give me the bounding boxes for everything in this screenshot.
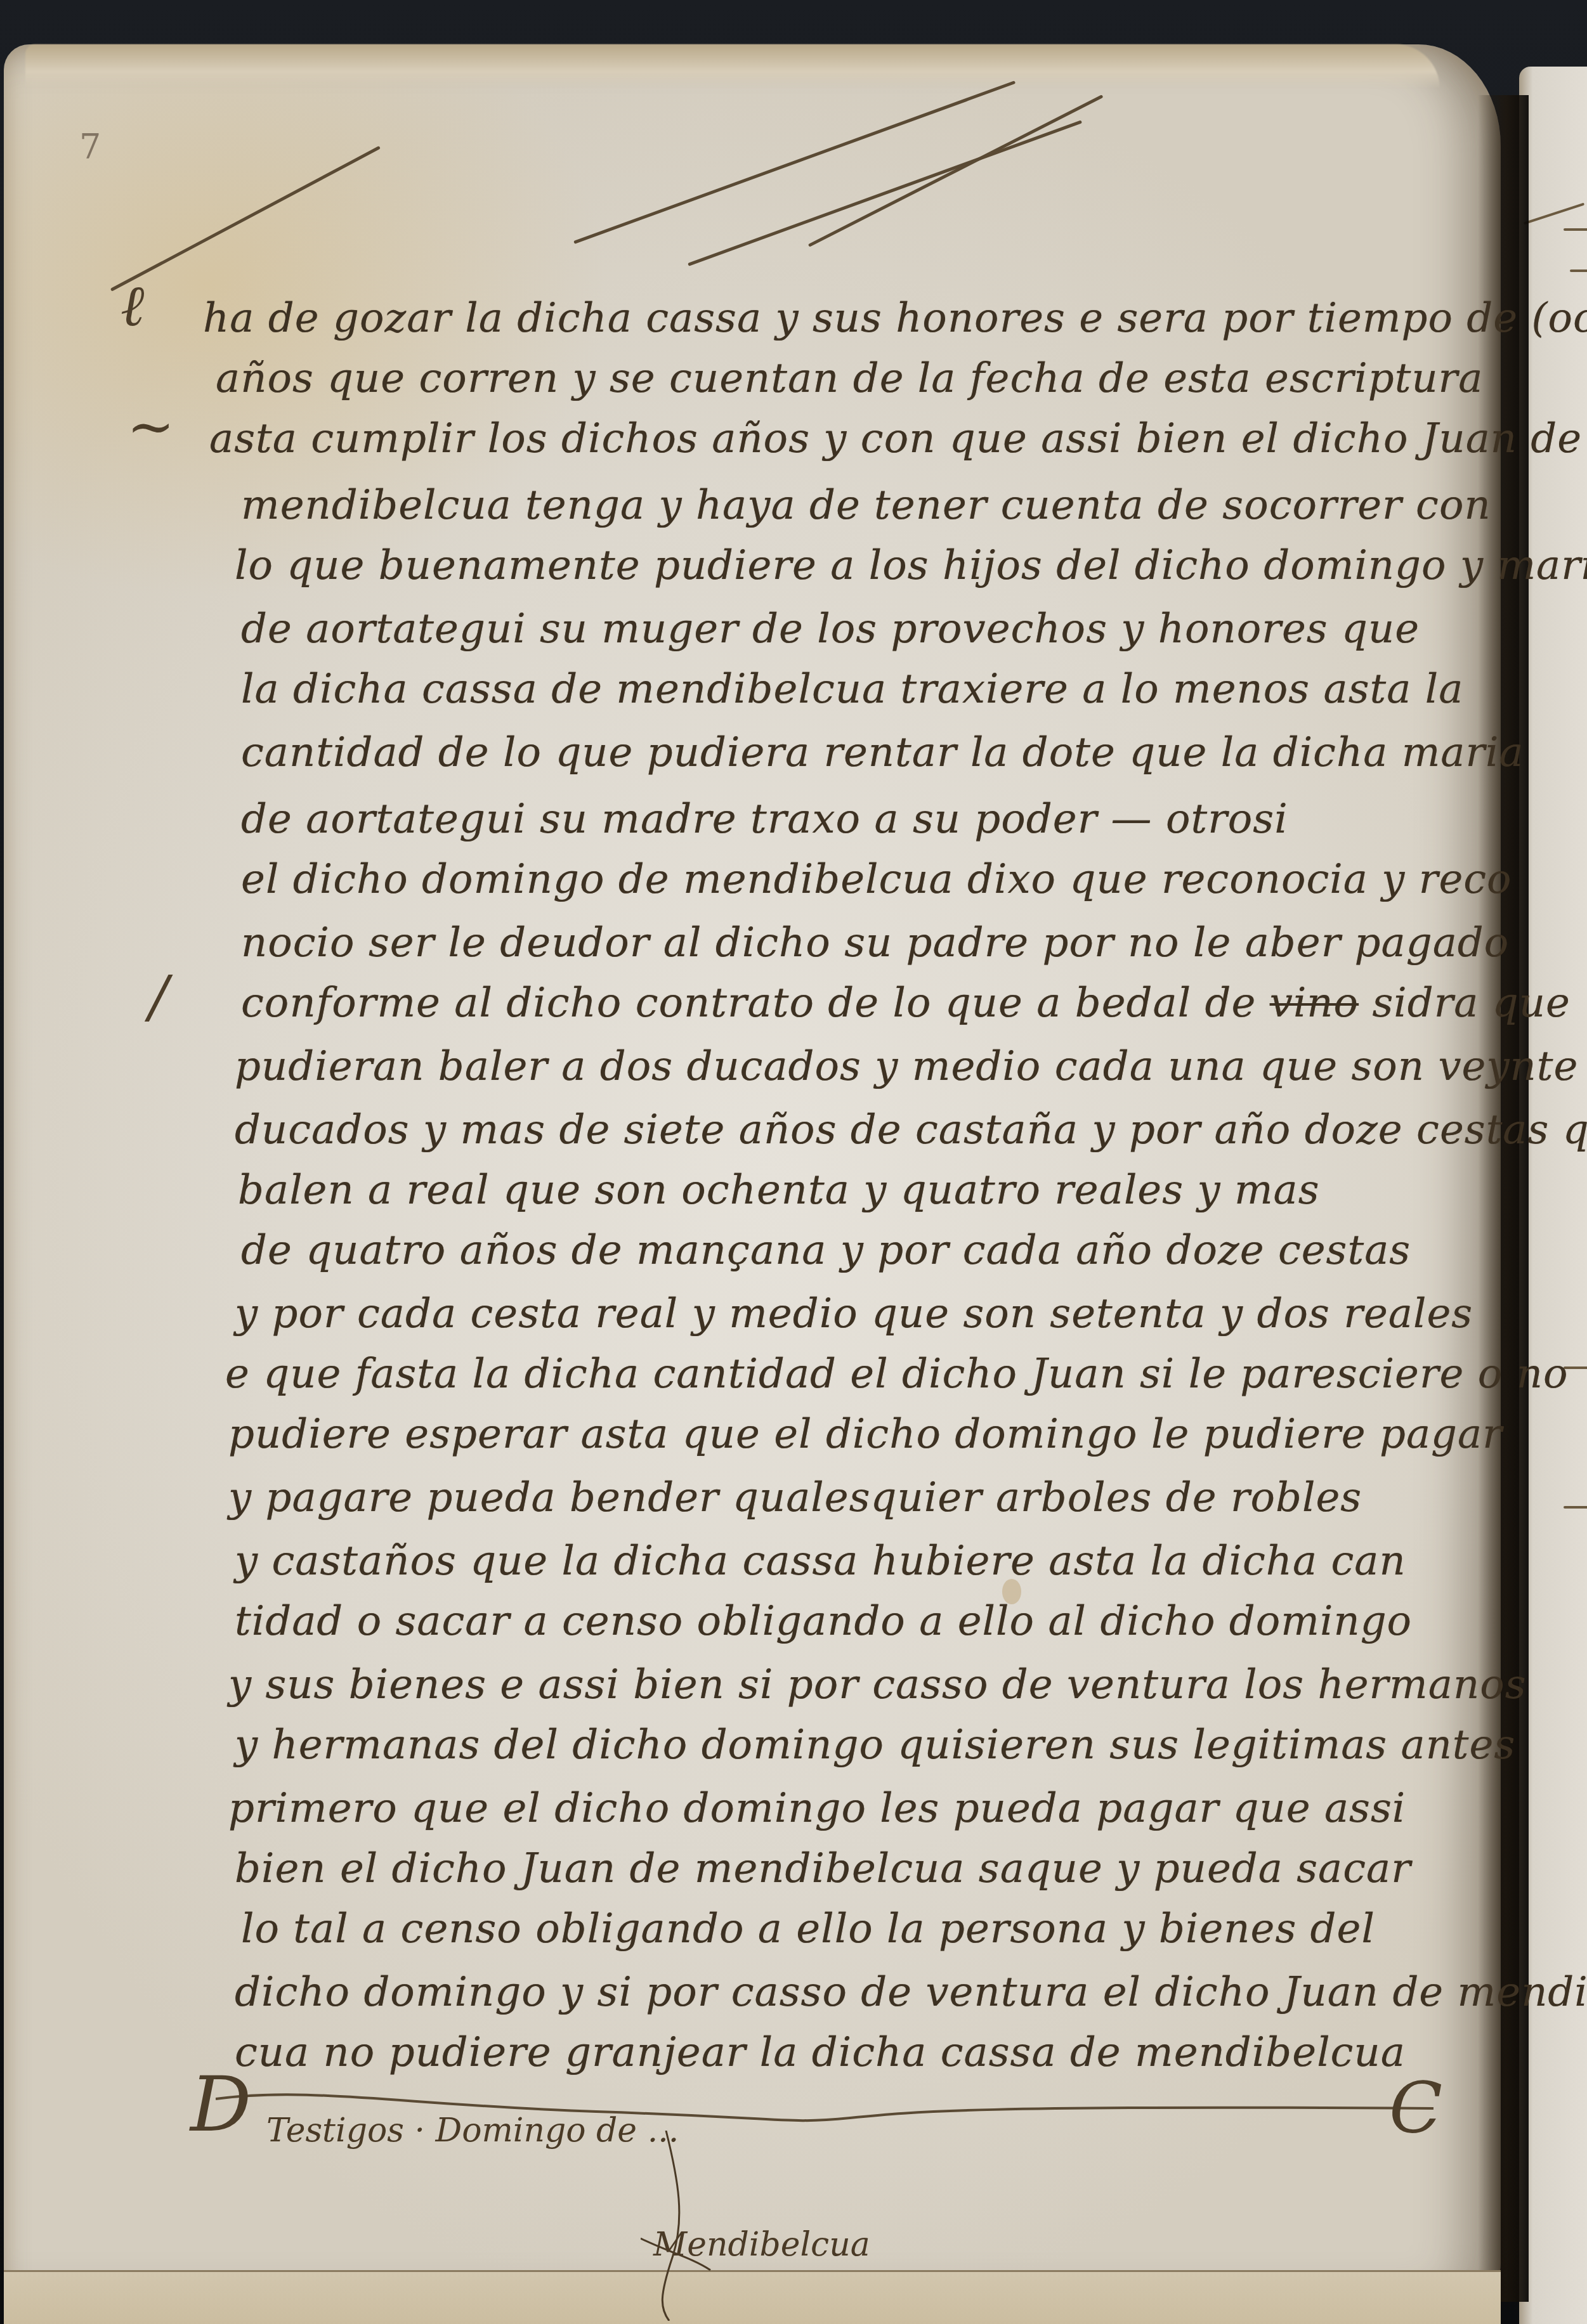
manuscript-line: asta cumplir los dichos años y con que a… bbox=[209, 415, 1582, 462]
manuscript-line: e que fasta la dicha cantidad el dicho J… bbox=[225, 1351, 1568, 1398]
manuscript-line: dicho domingo y si por casso de ventura … bbox=[235, 1969, 1587, 2016]
manuscript-line: bien el dicho Juan de mendibelcua saque … bbox=[235, 1845, 1411, 1892]
manuscript-line: años que corren y se cuentan de la fecha… bbox=[216, 355, 1483, 402]
manuscript-line: y hermanas del dicho domingo quisieren s… bbox=[235, 1722, 1515, 1769]
manuscript-body: ha de gozar la dicha cassa y sus honores… bbox=[0, 0, 1587, 2324]
manuscript-line: mendibelcua tenga y haya de tener cuenta… bbox=[241, 482, 1491, 529]
manuscript-line: pudiere esperar asta que el dicho doming… bbox=[228, 1411, 1503, 1458]
struck-word: vino bbox=[1270, 980, 1359, 1027]
manuscript-line: y pagare pueda bender qualesquier arbole… bbox=[228, 1474, 1362, 1521]
manuscript-line: el dicho domingo de mendibelcua dixo que… bbox=[241, 856, 1512, 903]
manuscript-line: conforme al dicho contrato de lo que a b… bbox=[241, 980, 1571, 1027]
manuscript-line: y por cada cesta real y medio que son se… bbox=[235, 1290, 1473, 1337]
manuscript-line: primero que el dicho domingo les pueda p… bbox=[228, 1785, 1406, 1832]
manuscript-line: tidad o sacar a censo obligando a ello a… bbox=[235, 1598, 1412, 1645]
manuscript-line: y sus bienes e assi bien si por casso de… bbox=[228, 1661, 1527, 1708]
manuscript-line: nocio ser le deudor al dicho su padre po… bbox=[241, 919, 1509, 966]
manuscript-line: cantidad de lo que pudiera rentar la dot… bbox=[241, 729, 1524, 776]
manuscript-line: y castaños que la dicha cassa hubiere as… bbox=[235, 1538, 1406, 1585]
manuscript-line: ha de gozar la dicha cassa y sus honores… bbox=[203, 295, 1587, 342]
manuscript-line: ducados y mas de siete años de castaña y… bbox=[235, 1107, 1587, 1153]
manuscript-line: pudieran baler a dos ducados y medio cad… bbox=[235, 1043, 1578, 1090]
manuscript-line: lo que buenamente pudiere a los hijos de… bbox=[235, 542, 1587, 589]
manuscript-line: cua no pudiere granjear la dicha cassa d… bbox=[235, 2029, 1406, 2076]
manuscript-line: balen a real que son ochenta y quatro re… bbox=[238, 1167, 1320, 1214]
witness-signature: Testigos · Domingo de ... bbox=[266, 2112, 679, 2150]
manuscript-line: la dicha cassa de mendibelcua traxiere a… bbox=[241, 666, 1463, 713]
manuscript-line: de aortategui su muger de los provechos … bbox=[241, 606, 1420, 652]
manuscript-line: de aortategui su madre traxo a su poder … bbox=[241, 796, 1288, 843]
closing-initial-left: D bbox=[190, 2061, 251, 2149]
manuscript-line: lo tal a censo obligando a ello la perso… bbox=[241, 1905, 1375, 1952]
closing-initial-right: C bbox=[1389, 2067, 1442, 2148]
signature-flourish bbox=[641, 2131, 717, 2321]
manuscript-line: de quatro años de mançana y por cada año… bbox=[241, 1227, 1411, 1274]
